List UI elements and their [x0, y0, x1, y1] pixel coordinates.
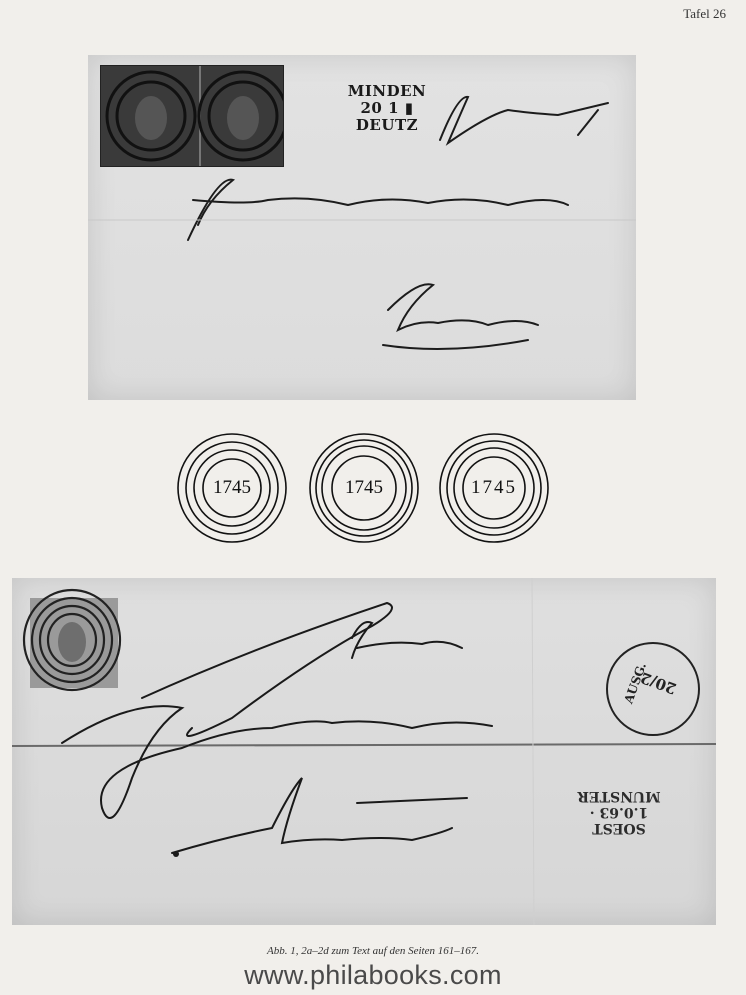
cancel-number: 1745: [176, 432, 288, 544]
stamp-single: [24, 590, 120, 690]
watermark: www.philabooks.com: [0, 960, 746, 991]
cancel-number: 1745: [438, 432, 550, 544]
numeral-cancel-a: 1745: [176, 432, 288, 544]
mirror-cancel-line: SOEST: [564, 820, 674, 836]
figure-caption: Abb. 1, 2a–2d zum Text auf den Seiten 16…: [0, 945, 746, 957]
mirror-cancel-line: MUNSTER: [564, 788, 674, 804]
numeral-cancels-row: 1745 1745 1745: [0, 432, 746, 547]
numeral-cancel-b: 1745: [308, 432, 420, 544]
numeral-cancel-c: 1745: [438, 432, 550, 544]
cancel-number: 1745: [308, 432, 420, 544]
cover-photo-top: MINDEN 20 1 ▮ DEUTZ: [88, 55, 636, 400]
mirrored-box-cancel-soest-munster: SOEST 1.0.63 · MUNSTER: [564, 788, 674, 836]
plate-label: Tafel 26: [683, 6, 726, 22]
handwritten-address-top: [88, 55, 636, 400]
round-cancel-date: 20/2: [638, 668, 679, 697]
round-date-cancel: AUSG. 20/2: [606, 642, 700, 736]
mirror-cancel-line: 1.0.63 ·: [564, 804, 674, 820]
handwritten-address-bottom: [12, 578, 716, 925]
cover-photo-bottom: AUSG. 20/2 SOEST 1.0.63 · MUNSTER: [12, 578, 716, 925]
